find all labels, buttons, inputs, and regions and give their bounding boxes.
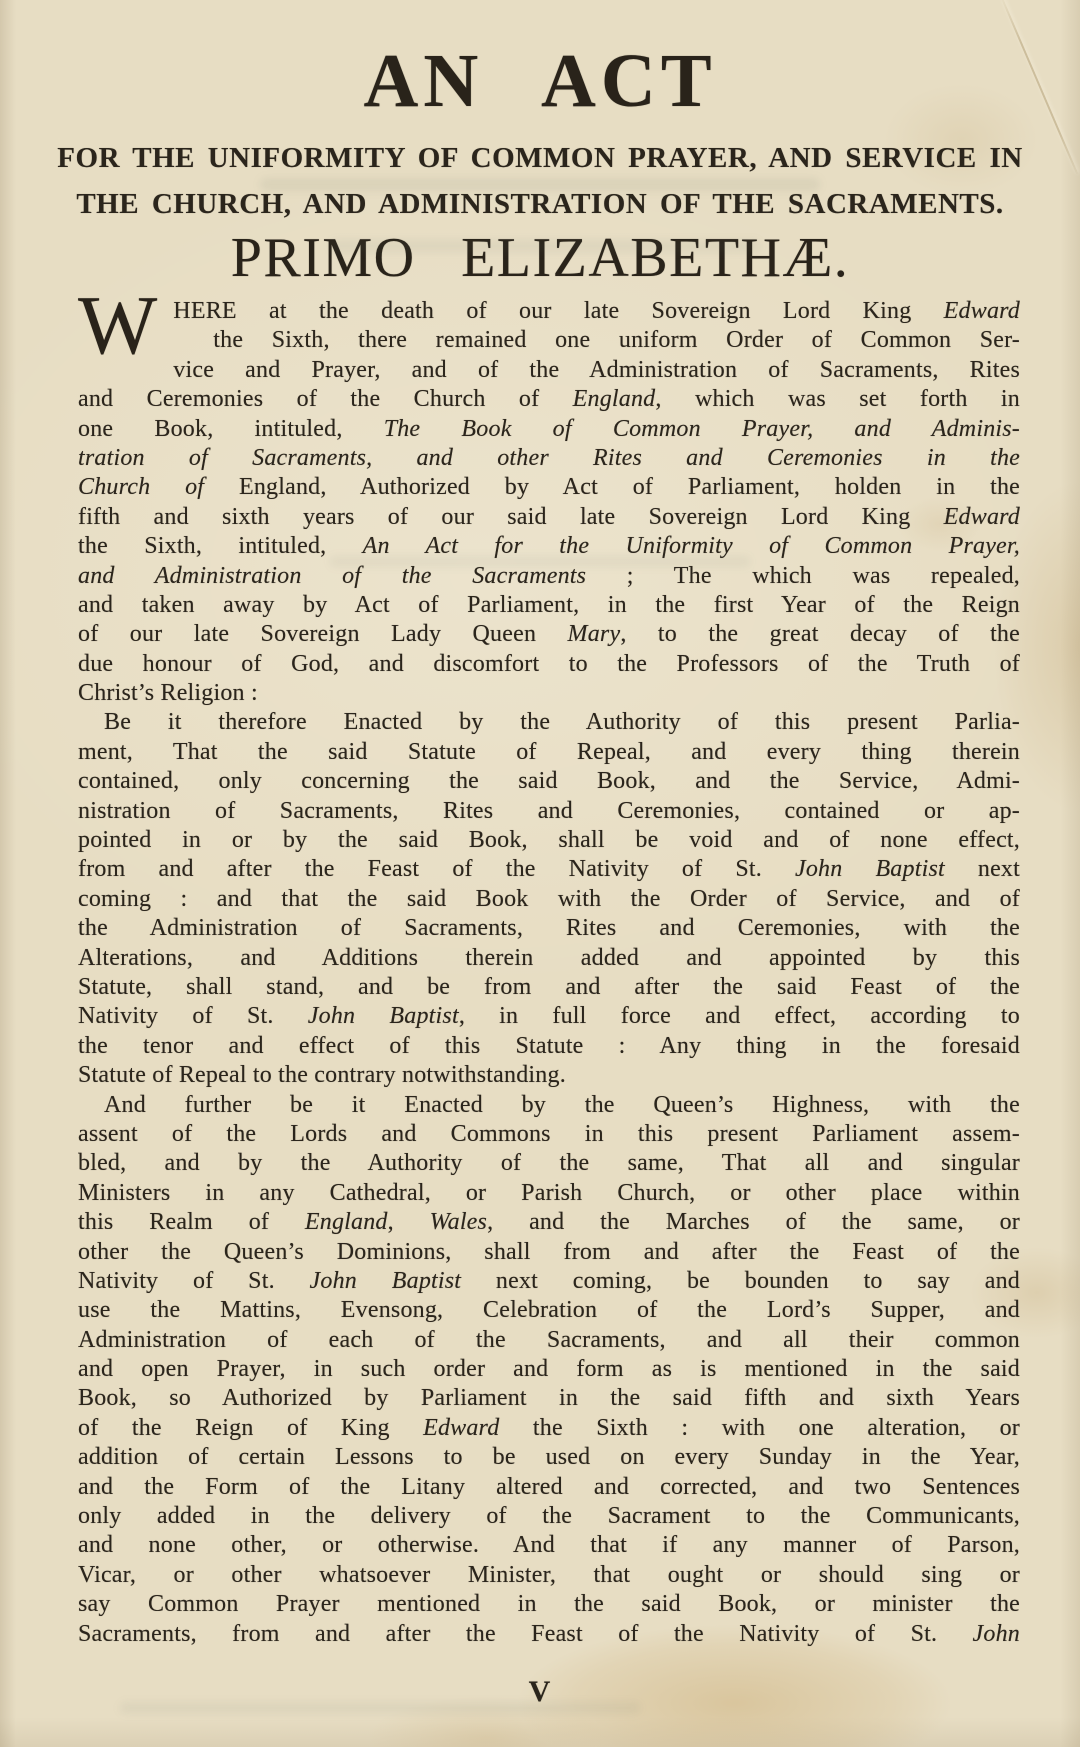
text-segment: of our late Sovereign Lady Queen [78, 621, 568, 647]
italic-text-segment: Edward [944, 298, 1020, 324]
text-segment: Sacraments, from and after the Feast of … [78, 1621, 973, 1647]
italic-text-segment: Church of [78, 474, 239, 500]
italic-text-segment: tration of Sacraments, and other Rites a… [78, 445, 1020, 471]
text-segment: this Realm of [78, 1209, 305, 1235]
text-line: other the Queen’s Dominions, shall from … [78, 1238, 1020, 1267]
text-segment: next [945, 856, 1020, 882]
text-segment: next coming, be bounden to say and [461, 1268, 1020, 1294]
italic-text-segment: John Baptist [310, 1268, 462, 1294]
italic-text-segment: John Baptist [795, 856, 945, 882]
italic-text-segment: Edward [423, 1415, 499, 1441]
text-line: only added in the delivery of the Sacram… [78, 1502, 1020, 1531]
text-segment: Statute of Repeal to the contrary notwit… [78, 1062, 566, 1088]
text-line: Statute of Repeal to the contrary notwit… [78, 1061, 1020, 1090]
text-segment: fifth and sixth years of our said late S… [78, 504, 944, 530]
text-line: Church of England, Authorized by Act of … [78, 473, 1020, 502]
paragraph: Be it therefore Enacted by the Authority… [78, 708, 1020, 1090]
text-line: of the Reign of King Edward the Sixth : … [78, 1414, 1020, 1443]
body-text: WHERE at the death of our late Sovereign… [0, 297, 1080, 1649]
text-line: assent of the Lords and Commons in this … [78, 1120, 1020, 1149]
italic-text-segment: Wales [430, 1209, 487, 1235]
text-segment: the Sixth : with one alteration, or [499, 1415, 1020, 1441]
text-segment: Nativity of St. [78, 1003, 308, 1029]
text-line: Nativity of St. John Baptist next coming… [78, 1267, 1020, 1296]
text-segment: say Common Prayer mentioned in the said … [78, 1591, 1020, 1617]
text-segment: , in full force and effect, according to [459, 1003, 1020, 1029]
text-segment: Vicar, or other whatsoever Minister, tha… [78, 1562, 1020, 1588]
italic-text-segment: John Baptist [308, 1003, 459, 1029]
text-segment: assent of the Lords and Commons in this … [78, 1121, 1020, 1147]
text-line: Administration of each of the Sacraments… [78, 1326, 1020, 1355]
text-segment: And further be it Enacted by the Queen’s… [104, 1092, 1020, 1118]
text-line: vice and Prayer, and of the Administrati… [173, 356, 1020, 385]
text-segment: ment, That the said Statute of Repeal, a… [78, 739, 1020, 765]
text-line: and none other, or otherwise. And that i… [78, 1531, 1020, 1560]
text-segment: Statute, shall stand, and be from and af… [78, 974, 1020, 1000]
text-segment: , to the great decay of the [620, 621, 1020, 647]
text-segment: contained, only concerning the said Book… [78, 768, 1020, 794]
text-line: and open Prayer, in such order and form … [78, 1355, 1020, 1384]
text-line: one Book, intituled, The Book of Common … [78, 415, 1020, 444]
show-through-ghost [330, 556, 750, 567]
italic-text-segment: John [973, 1621, 1020, 1647]
text-segment: Alterations, and Additions therein added… [78, 945, 1020, 971]
text-line: use the Mattins, Evensong, Celebration o… [78, 1296, 1020, 1325]
text-line: And further be it Enacted by the Queen’s… [78, 1091, 1020, 1120]
text-segment: Ministers in any Cathedral, or Parish Ch… [78, 1180, 1020, 1206]
text-line: HERE at the death of our late Sovereign … [173, 297, 1020, 326]
show-through-ghost [120, 1702, 640, 1714]
act-subtitle-line-1: FOR THE UNIFORMITY OF COMMON PRAYER, AND… [0, 142, 1080, 174]
text-line: and the Form of the Litany altered and c… [78, 1473, 1020, 1502]
text-segment: vice and Prayer, and of the Administrati… [173, 357, 1020, 383]
text-line: of our late Sovereign Lady Queen Mary, t… [78, 620, 1020, 649]
text-line: fifth and sixth years of our said late S… [78, 503, 1020, 532]
italic-text-segment: England [305, 1209, 388, 1235]
text-segment: Administration of each of the Sacraments… [78, 1327, 1020, 1353]
text-line: coming : and that the said Book with the… [78, 885, 1020, 914]
paragraph: WHERE at the death of our late Sovereign… [78, 297, 1020, 708]
text-line: contained, only concerning the said Book… [78, 767, 1020, 796]
paragraph: And further be it Enacted by the Queen’s… [78, 1091, 1020, 1649]
text-segment: nistration of Sacraments, Rites and Cere… [78, 798, 1020, 824]
text-line: and taken away by Act of Parliament, in … [78, 591, 1020, 620]
text-line: pointed in or by the said Book, shall be… [78, 826, 1020, 855]
italic-text-segment: The Book of Common Prayer, and Adminis- [384, 416, 1020, 442]
text-line: Book, so Authorized by Parliament in the… [78, 1384, 1020, 1413]
italic-text-segment: England [573, 386, 656, 412]
text-segment: only added in the delivery of the Sacram… [78, 1503, 1020, 1529]
text-segment: and Ceremonies of the Church of [78, 386, 573, 412]
italic-text-segment: Mary [568, 621, 621, 647]
text-segment: HERE at the death of our late Sovereign … [173, 298, 943, 324]
text-segment: Christ’s Religion : [78, 680, 258, 706]
text-segment: Book, so Authorized by Parliament in the… [78, 1385, 1020, 1411]
text-line: the Administration of Sacraments, Rites … [78, 914, 1020, 943]
text-line: from and after the Feast of the Nativity… [78, 855, 1020, 884]
text-line: nistration of Sacraments, Rites and Cere… [78, 797, 1020, 826]
text-line: tration of Sacraments, and other Rites a… [78, 444, 1020, 473]
text-line: ment, That the said Statute of Repeal, a… [78, 738, 1020, 767]
text-segment: and none other, or otherwise. And that i… [78, 1532, 1020, 1558]
text-segment: coming : and that the said Book with the… [78, 886, 1020, 912]
act-subtitle-line-2: THE CHURCH, AND ADMINISTRATION OF THE SA… [0, 188, 1080, 220]
text-line: Be it therefore Enacted by the Authority… [78, 708, 1020, 737]
text-segment: , [388, 1209, 430, 1235]
text-line: this Realm of England, Wales, and the Ma… [78, 1208, 1020, 1237]
text-segment: due honour of God, and discomfort to the… [78, 651, 1020, 677]
text-line: the Sixth, there remained one uniform Or… [173, 326, 1020, 355]
text-line: Alterations, and Additions therein added… [78, 944, 1020, 973]
text-segment: from and after the Feast of the Nativity… [78, 856, 795, 882]
scanned-book-page: AN ACT FOR THE UNIFORMITY OF COMMON PRAY… [0, 0, 1080, 1747]
text-segment: and taken away by Act of Parliament, in … [78, 592, 1020, 618]
text-segment: Be it therefore Enacted by the Authority… [104, 709, 1020, 735]
text-line: Ministers in any Cathedral, or Parish Ch… [78, 1179, 1020, 1208]
text-segment: Nativity of St. [78, 1268, 310, 1294]
text-line: Christ’s Religion : [78, 679, 1020, 708]
text-segment: addition of certain Lessons to be used o… [78, 1444, 1020, 1470]
text-line: Vicar, or other whatsoever Minister, tha… [78, 1561, 1020, 1590]
text-segment: , and the Marches of the same, or [487, 1209, 1020, 1235]
text-line: Nativity of St. John Baptist, in full fo… [78, 1002, 1020, 1031]
page-title: AN ACT [0, 0, 1080, 116]
text-line: addition of certain Lessons to be used o… [78, 1443, 1020, 1472]
text-line: Sacraments, from and after the Feast of … [78, 1620, 1020, 1649]
text-line: and Ceremonies of the Church of England,… [78, 385, 1020, 414]
text-line: say Common Prayer mentioned in the said … [78, 1590, 1020, 1619]
text-segment: the Sixth, intituled, [78, 533, 363, 559]
text-line: the tenor and effect of this Statute : A… [78, 1032, 1020, 1061]
text-line: Statute, shall stand, and be from and af… [78, 973, 1020, 1002]
text-line: bled, and by the Authority of the same, … [78, 1149, 1020, 1178]
text-segment: bled, and by the Authority of the same, … [78, 1150, 1020, 1176]
text-segment: use the Mattins, Evensong, Celebration o… [78, 1297, 1020, 1323]
text-segment: and the Form of the Litany altered and c… [78, 1474, 1020, 1500]
text-segment: of the Reign of King [78, 1415, 423, 1441]
text-segment: one Book, intituled, [78, 416, 384, 442]
text-segment: the Sixth, there remained one uniform Or… [213, 327, 1020, 353]
italic-text-segment: Edward [944, 504, 1020, 530]
text-segment: and open Prayer, in such order and form … [78, 1356, 1020, 1382]
text-segment: other the Queen’s Dominions, shall from … [78, 1239, 1020, 1265]
show-through-ghost [330, 240, 760, 252]
text-segment: the Administration of Sacraments, Rites … [78, 915, 1020, 941]
text-segment: the tenor and effect of this Statute : A… [78, 1033, 1020, 1059]
text-segment: pointed in or by the said Book, shall be… [78, 827, 1020, 853]
text-line: due honour of God, and discomfort to the… [78, 650, 1020, 679]
drop-cap-initial: W [78, 297, 173, 358]
show-through-ghost [260, 178, 820, 191]
text-segment: England, Authorized by Act of Parliament… [239, 474, 1020, 500]
text-segment: , which was set forth in [655, 386, 1020, 412]
